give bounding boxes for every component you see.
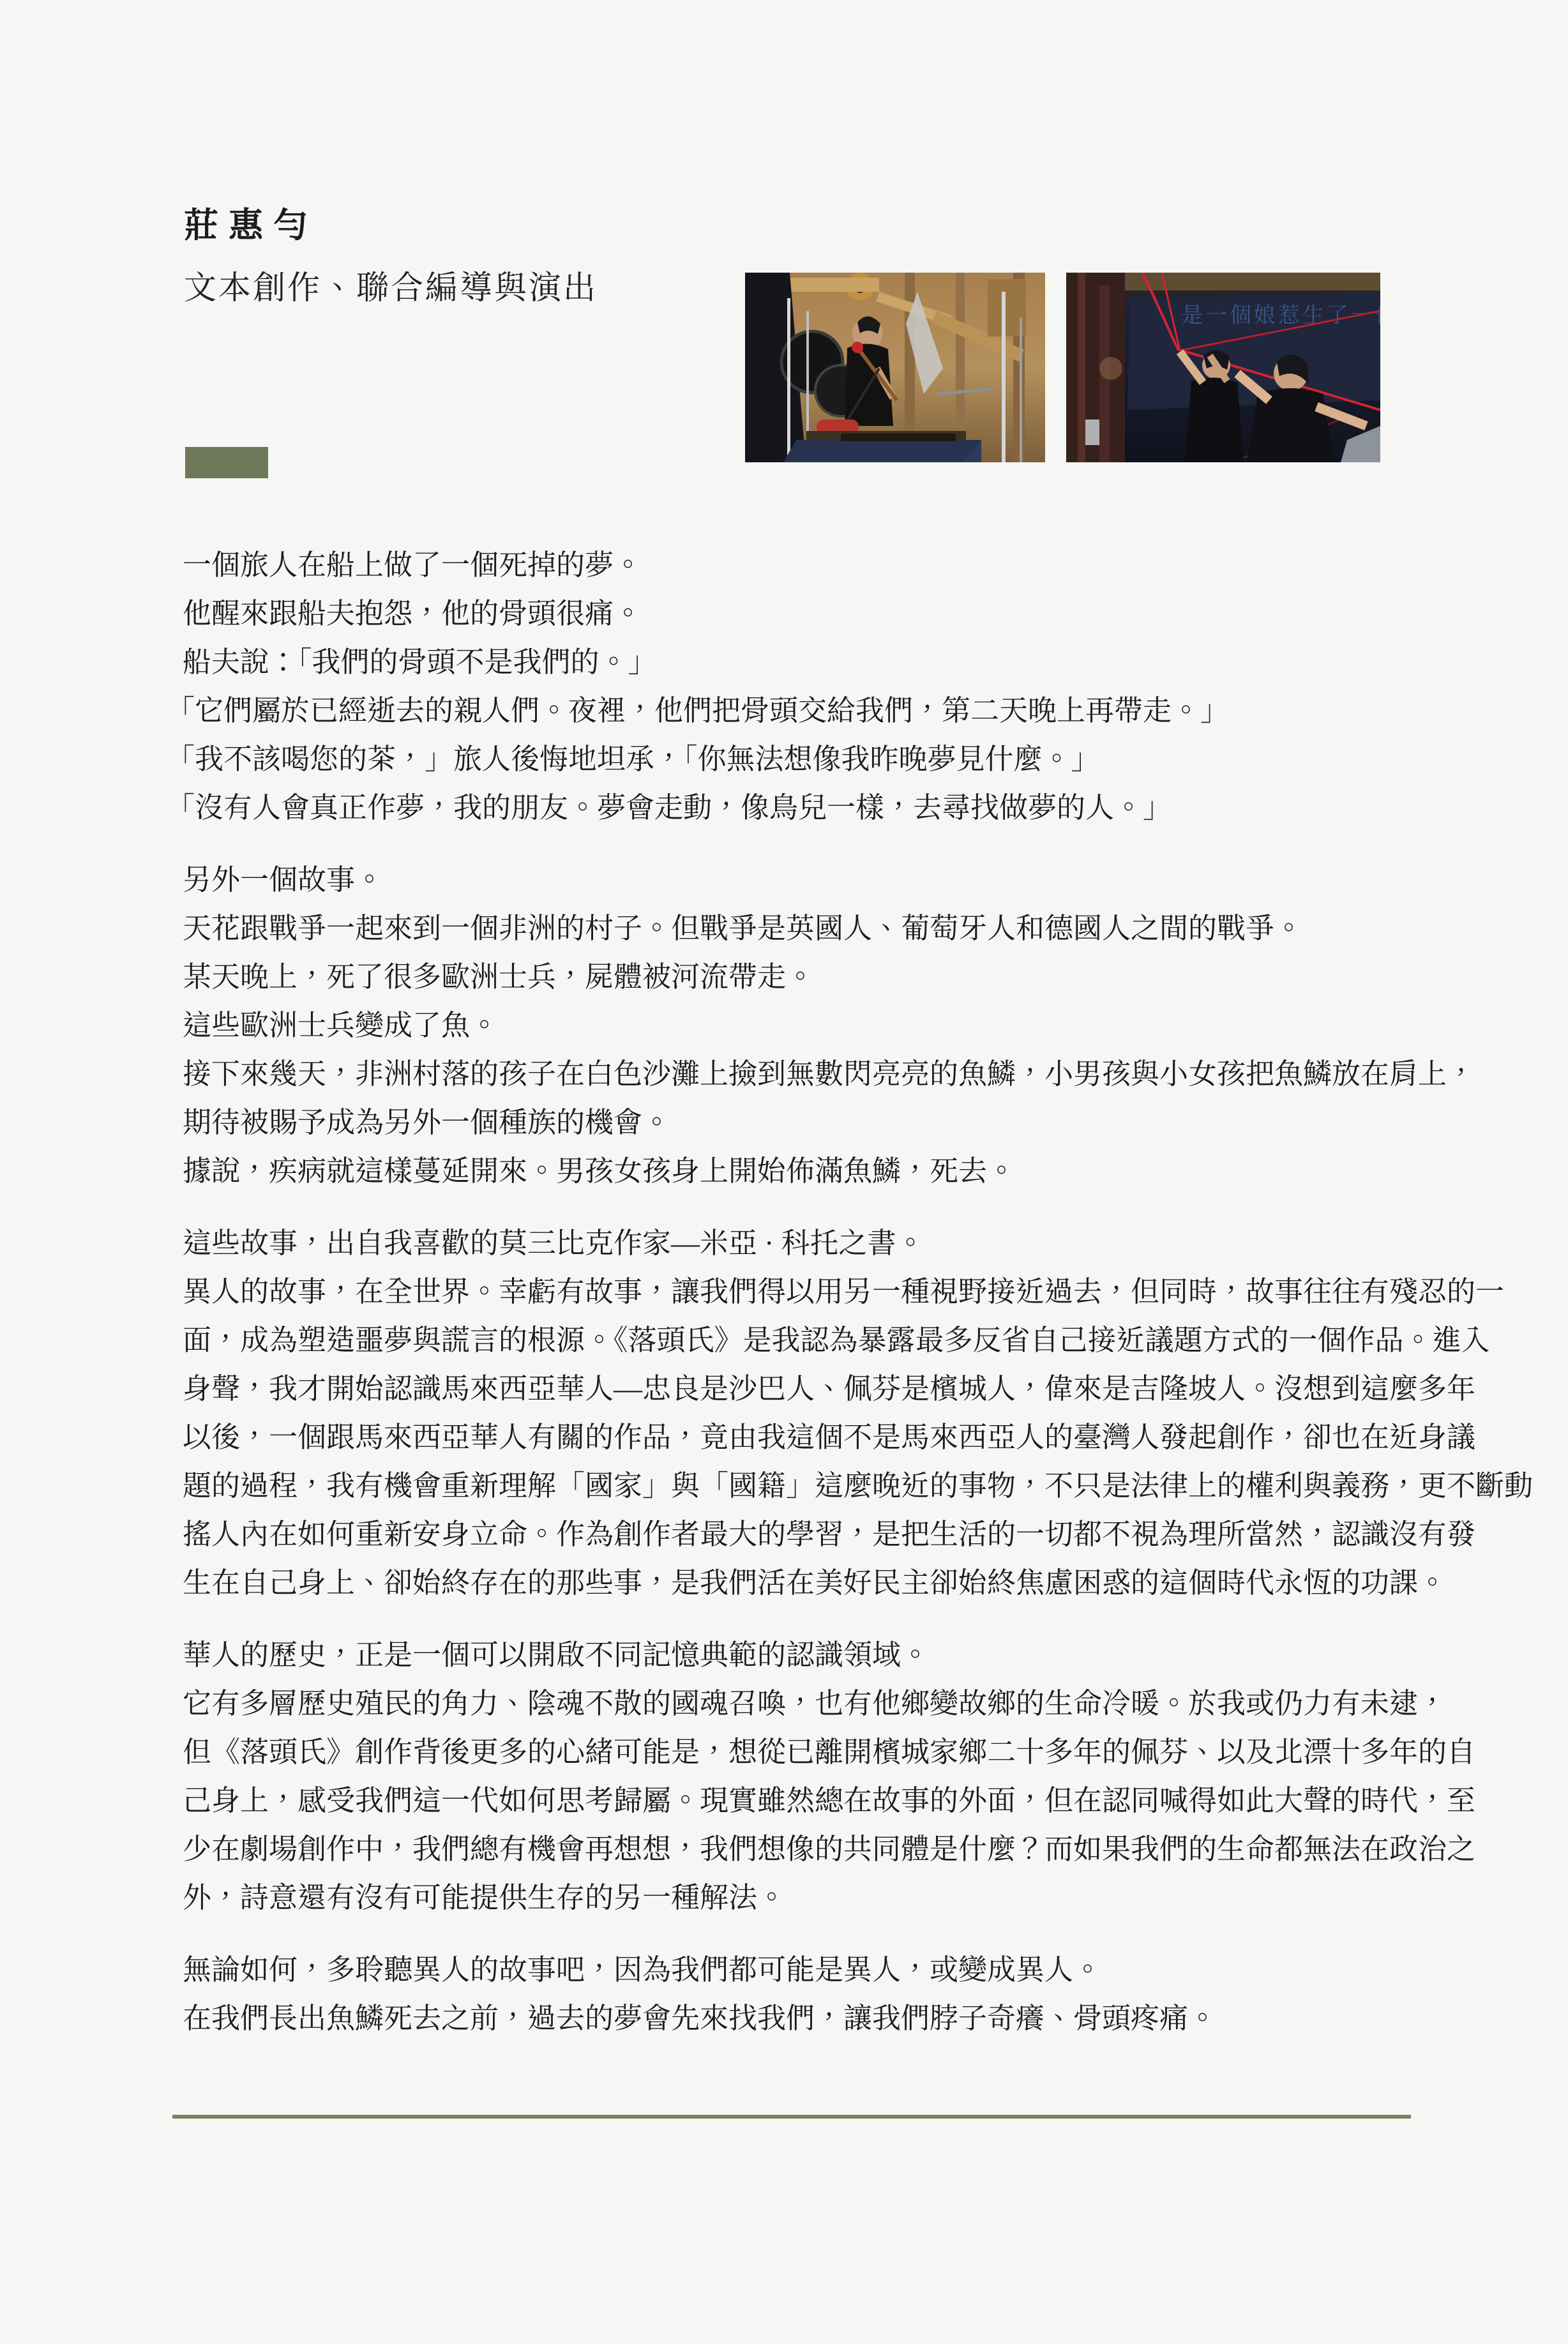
photo-percussion-rehearsal-art: [745, 273, 1045, 462]
text-line: 華人的歷史，正是一個可以開啟不同記憶典範的認識領域。: [183, 1631, 1453, 1679]
paragraph: 華人的歷史，正是一個可以開啟不同記憶典範的認識領域。它有多層歷史殖民的角力、陰魂…: [183, 1631, 1453, 1922]
text-line: 在我們長出魚鱗死去之前，過去的夢會先來找我們，讓我們脖子奇癢、骨頭疼痛。: [183, 1994, 1453, 2043]
green-accent-swatch: [185, 447, 268, 478]
text-line: 「我不該喝您的茶，」旅人後悔地坦承，「你無法想像我昨晚夢見什麼。」: [166, 735, 1453, 783]
text-line: 「沒有人會真正作夢，我的朋友。夢會走動，像鳥兒一樣，去尋找做夢的人。」: [166, 783, 1453, 832]
text-line: 期待被賜予成為另外一個種族的機會。: [183, 1098, 1453, 1147]
photo-red-string-performance-art: 是一個娘惹生了一個爸爸: [1066, 273, 1380, 462]
text-line: 以後，一個跟馬來西亞華人有關的作品，竟由我這個不是馬來西亞人的臺灣人發起創作，卻…: [183, 1413, 1453, 1462]
text-line: 異人的故事，在全世界。幸虧有故事，讓我們得以用另一種視野接近過去，但同時，故事往…: [183, 1267, 1453, 1316]
artist-role: 文本創作、聯合編導與演出: [184, 271, 598, 306]
text-line: 但《落頭氏》創作背後更多的心緒可能是，想從已離開檳城家鄉二十多年的佩芬、以及北漂…: [183, 1728, 1453, 1776]
text-line: 某天晚上，死了很多歐洲士兵，屍體被河流帶走。: [183, 953, 1453, 1001]
bottom-rule: [172, 2115, 1411, 2119]
text-line: 船夫說：「我們的骨頭不是我們的。」: [183, 638, 1453, 686]
paragraph: 一個旅人在船上做了一個死掉的夢。他醒來跟船夫抱怨，他的骨頭很痛。船夫說：「我們的…: [183, 541, 1453, 832]
program-page: 莊惠勻 文本創作、聯合編導與演出: [0, 0, 1568, 2344]
body-text: 一個旅人在船上做了一個死掉的夢。他醒來跟船夫抱怨，他的骨頭很痛。船夫說：「我們的…: [183, 541, 1453, 2043]
paragraph: 另外一個故事。天花跟戰爭一起來到一個非洲的村子。但戰爭是英國人、葡萄牙人和德國人…: [183, 856, 1453, 1195]
text-line: 另外一個故事。: [183, 856, 1453, 904]
text-line: 這些故事，出自我喜歡的莫三比克作家—米亞 · 科托之書。: [183, 1219, 1453, 1267]
text-line: 面，成為塑造噩夢與謊言的根源。《落頭氏》是我認為暴露最多反省自己接近議題方式的一…: [183, 1316, 1453, 1365]
photo-red-string-performance: 是一個娘惹生了一個爸爸: [1066, 273, 1380, 462]
text-line: 「它們屬於已經逝去的親人們。夜裡，他們把骨頭交給我們，第二天晚上再帶走。」: [166, 686, 1453, 735]
artist-name: 莊惠勻: [184, 208, 318, 243]
text-line: 生在自己身上、卻始終存在的那些事，是我們活在美好民主卻始終焦慮困惑的這個時代永恆…: [183, 1559, 1453, 1607]
text-line: 天花跟戰爭一起來到一個非洲的村子。但戰爭是英國人、葡萄牙人和德國人之間的戰爭。: [183, 904, 1453, 953]
text-line: 這些歐洲士兵變成了魚。: [183, 1001, 1453, 1050]
text-line: 搖人內在如何重新安身立命。作為創作者最大的學習，是把生活的一切都不視為理所當然，…: [183, 1510, 1453, 1559]
text-line: 他醒來跟船夫抱怨，他的骨頭很痛。: [183, 589, 1453, 638]
text-line: 無論如何，多聆聽異人的故事吧，因為我們都可能是異人，或變成異人。: [183, 1946, 1453, 1994]
banner-text: 是一個娘惹生了一個爸爸: [1181, 303, 1380, 328]
text-line: 一個旅人在船上做了一個死掉的夢。: [183, 541, 1453, 589]
paragraph: 這些故事，出自我喜歡的莫三比克作家—米亞 · 科托之書。異人的故事，在全世界。幸…: [183, 1219, 1453, 1607]
text-line: 外，詩意還有沒有可能提供生存的另一種解法。: [183, 1873, 1453, 1922]
text-line: 據說，疾病就這樣蔓延開來。男孩女孩身上開始佈滿魚鱗，死去。: [183, 1147, 1453, 1195]
text-line: 它有多層歷史殖民的角力、陰魂不散的國魂召喚，也有他鄉變故鄉的生命冷暖。於我或仍力…: [183, 1679, 1453, 1728]
text-line: 接下來幾天，非洲村落的孩子在白色沙灘上撿到無數閃亮亮的魚鱗，小男孩與小女孩把魚鱗…: [183, 1050, 1453, 1098]
paragraph: 無論如何，多聆聽異人的故事吧，因為我們都可能是異人，或變成異人。在我們長出魚鱗死…: [183, 1946, 1453, 2043]
text-line: 題的過程，我有機會重新理解「國家」與「國籍」這麼晚近的事物，不只是法律上的權利與…: [183, 1462, 1453, 1510]
text-line: 身聲，我才開始認識馬來西亞華人—忠良是沙巴人、佩芬是檳城人，偉來是吉隆坡人。沒想…: [183, 1365, 1453, 1413]
photo-percussion-rehearsal: [745, 273, 1045, 462]
text-line: 己身上，感受我們這一代如何思考歸屬。現實雖然總在故事的外面，但在認同喊得如此大聲…: [183, 1776, 1453, 1825]
text-line: 少在劇場創作中，我們總有機會再想想，我們想像的共同體是什麼？而如果我們的生命都無…: [183, 1825, 1453, 1873]
